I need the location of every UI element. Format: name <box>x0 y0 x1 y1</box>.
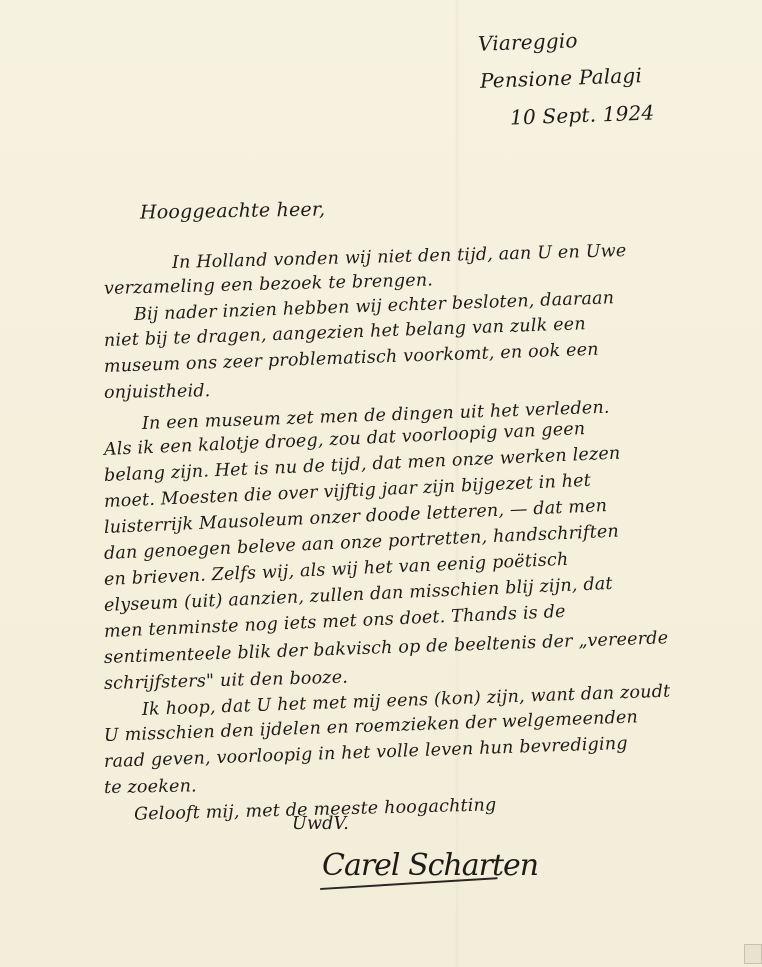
signature: Carel Scharten <box>322 848 538 883</box>
body-line: In Holland vonden wij niet den tijd, aan… <box>172 241 627 273</box>
body-line: te zoeken. <box>104 776 197 798</box>
salutation: Hooggeachte heer, <box>140 198 326 223</box>
header-address: Pensione Palagi <box>480 63 643 93</box>
letter-page: Viareggio Pensione Palagi 10 Sept. 1924 … <box>0 0 762 967</box>
body-line: onjuistheid. <box>104 381 211 403</box>
archive-stamp <box>744 944 762 964</box>
header-place: Viareggio <box>478 28 578 55</box>
body-line: verzameling een bezoek te brengen. <box>104 270 434 299</box>
closing-abbrev: UwdV. <box>292 814 349 834</box>
header-date: 10 Sept. 1924 <box>510 100 655 129</box>
body-line: schrijfsters" uit den booze. <box>104 668 349 694</box>
